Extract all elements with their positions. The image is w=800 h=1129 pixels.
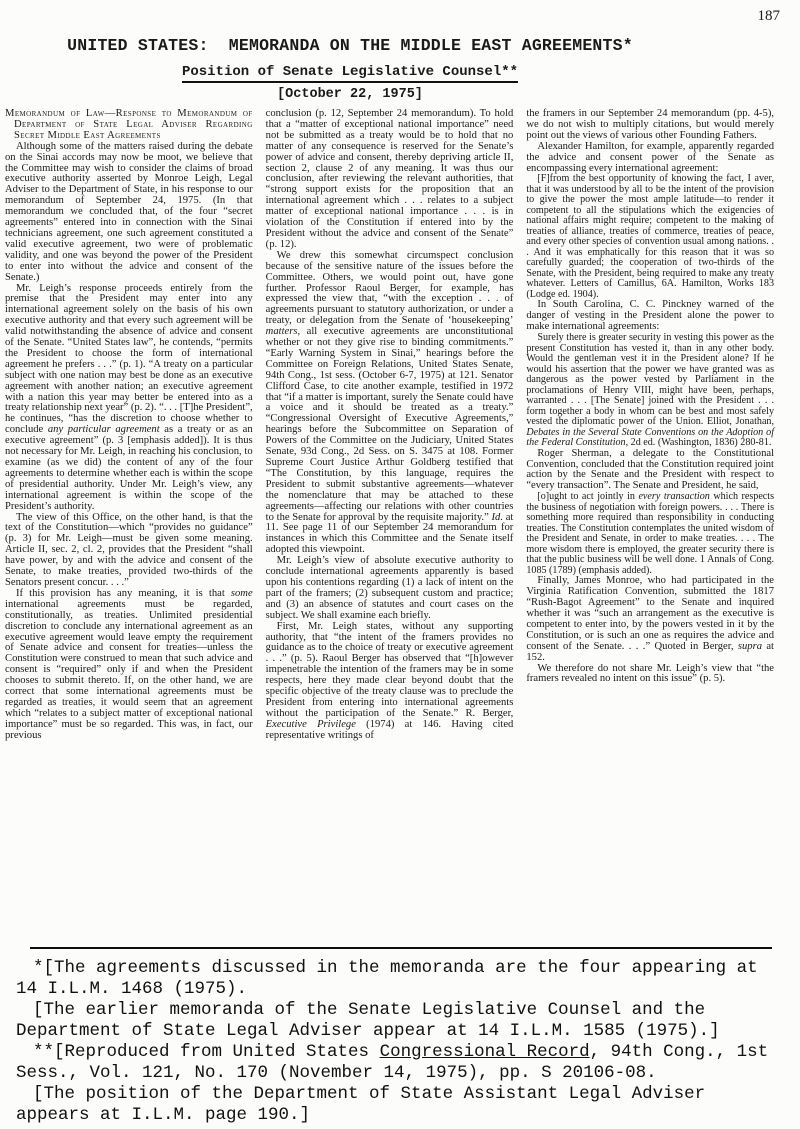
paragraph: [o]ught to act jointly in every transact… bbox=[526, 492, 774, 576]
footnote: [The position of the Department of State… bbox=[16, 1084, 782, 1126]
text-column-left: Memorandum of Law—Response to Memorandum… bbox=[5, 109, 253, 742]
paragraph: Alexander Hamilton, for example, apparen… bbox=[526, 142, 774, 175]
paragraph: Mr. Leigh’s view of absolute executive a… bbox=[266, 556, 514, 621]
paragraph: Finally, James Monroe, who had participa… bbox=[526, 576, 774, 663]
text-body: Memorandum of Law—Response to Memorandum… bbox=[0, 102, 800, 943]
footnote: *[The agreements discussed in the memora… bbox=[16, 958, 782, 1000]
paragraph: conclusion (p. 12, September 24 memorand… bbox=[266, 109, 514, 251]
paragraph: Roger Sherman, a delegate to the Constit… bbox=[526, 449, 774, 493]
document-header: UNITED STATES: MEMORANDA ON THE MIDDLE E… bbox=[0, 0, 700, 102]
paragraph: The view of this Office, on the other ha… bbox=[5, 513, 253, 589]
paragraph: Surely there is greater security in vest… bbox=[526, 333, 774, 449]
paragraph: If this provision has any meaning, it is… bbox=[5, 589, 253, 742]
paragraph: the framers in our September 24 memorand… bbox=[526, 109, 774, 142]
paragraph: [F]from the best opportunity of knowing … bbox=[526, 174, 774, 300]
paragraph: We therefore do not share Mr. Leigh’s vi… bbox=[526, 664, 774, 686]
paragraph: Although some of the matters raised duri… bbox=[5, 142, 253, 284]
text-column-right: the framers in our September 24 memorand… bbox=[526, 109, 774, 685]
paragraph: We drew this somewhat circumspect conclu… bbox=[266, 251, 514, 556]
page-number: 187 bbox=[758, 8, 781, 25]
paragraph: In South Carolina, C. C. Pinckney warned… bbox=[526, 300, 774, 333]
paragraph: Mr. Leigh’s response proceeds entirely f… bbox=[5, 284, 253, 513]
document-page: { "page": { "number": "187" }, "header":… bbox=[0, 0, 800, 1129]
document-subtitle: Position of Senate Legislative Counsel** bbox=[182, 64, 518, 83]
footnotes-section: *[The agreements discussed in the memora… bbox=[0, 949, 800, 1126]
footnote: **[Reproduced from United States Congres… bbox=[16, 1042, 782, 1084]
paragraph: First, Mr. Leigh states, without any sup… bbox=[266, 622, 514, 742]
footnote: [The earlier memoranda of the Senate Leg… bbox=[16, 1000, 782, 1042]
section-heading: Memorandum of Law—Response to Memorandum… bbox=[5, 109, 253, 142]
text-column-middle: conclusion (p. 12, September 24 memorand… bbox=[266, 109, 514, 742]
document-date: [October 22, 1975] bbox=[0, 87, 700, 102]
page-title: UNITED STATES: MEMORANDA ON THE MIDDLE E… bbox=[0, 36, 700, 55]
